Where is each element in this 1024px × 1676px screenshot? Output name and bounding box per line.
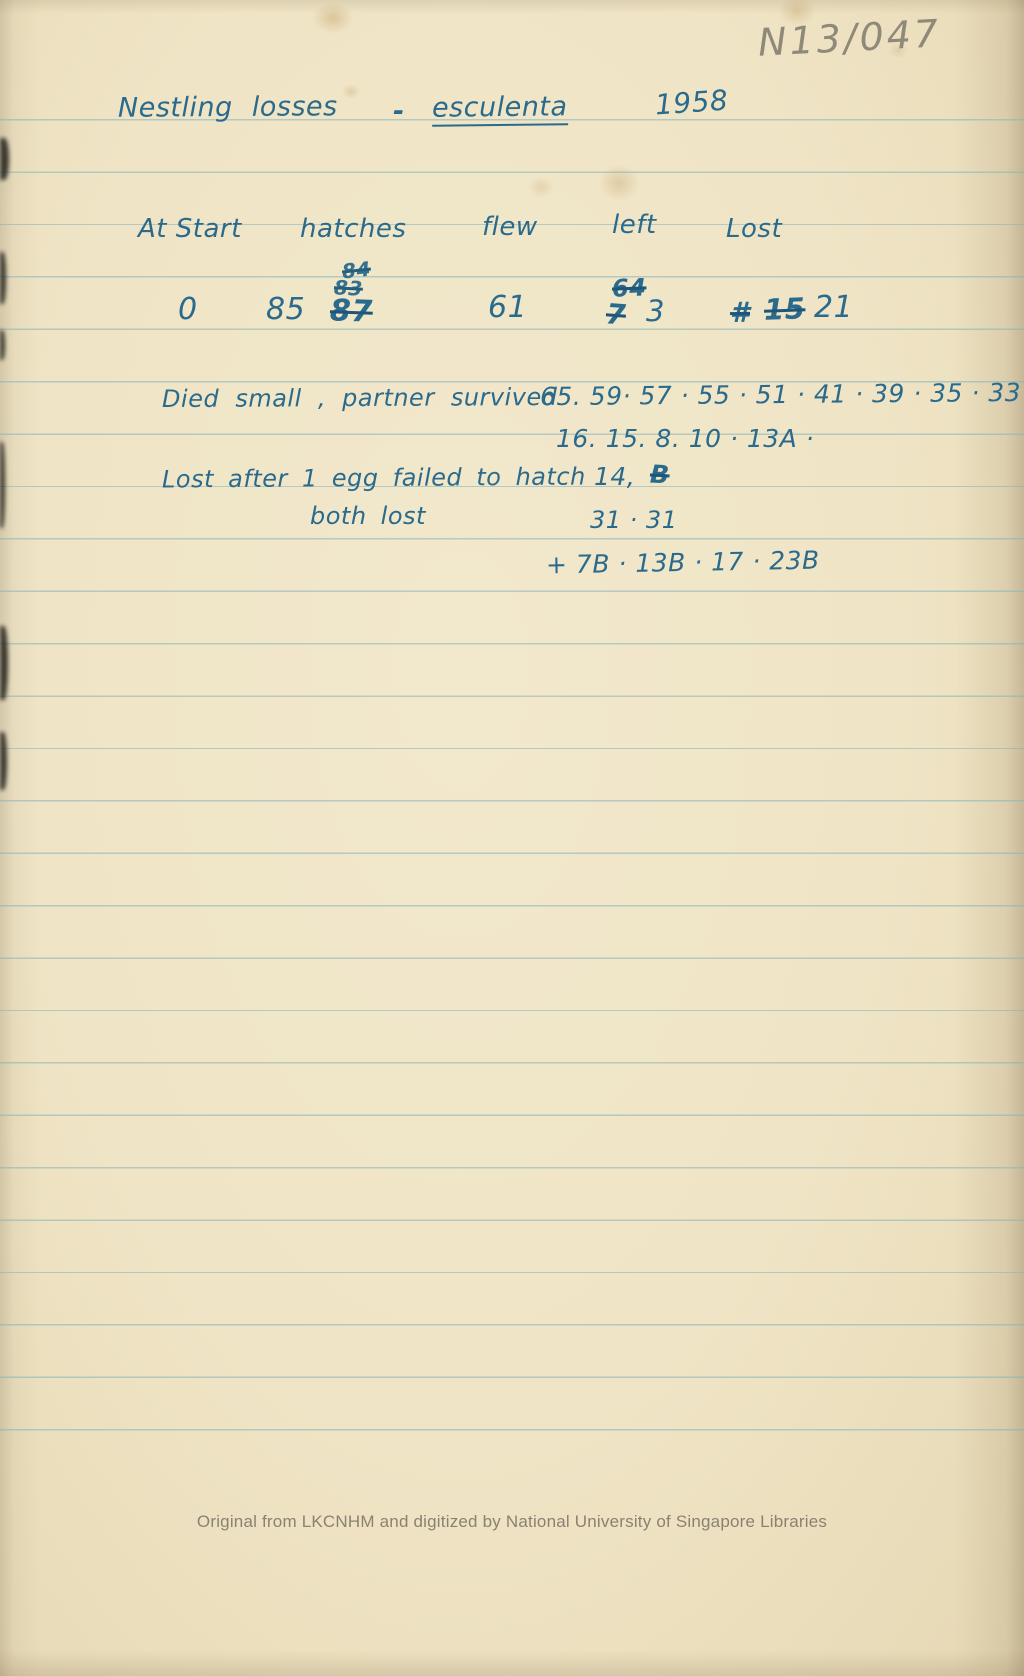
value-lost-struck-a: #: [730, 296, 751, 329]
species-name: esculenta: [432, 91, 568, 126]
note-lost-after-value: 14,: [594, 462, 635, 491]
column-header-at-start: At Start: [138, 214, 242, 244]
note-died-small-values-2: 16. 15. 8. 10 · 13A ·: [556, 424, 814, 453]
note-lost-after-label: Lost after 1 egg failed to hatch: [162, 463, 586, 494]
title-dash: -: [393, 96, 405, 127]
value-lost: 21: [814, 290, 853, 325]
paper-stain: [312, 2, 354, 34]
column-header-hatches: hatches: [300, 214, 406, 244]
binding-blot: [0, 732, 7, 790]
page-title: Nestling losses: [118, 91, 338, 124]
binding-blot: [0, 626, 8, 700]
footer-credit: Original from LKCNHM and digitized by Na…: [0, 1512, 1024, 1532]
value-lost-struck-b: 15: [763, 291, 806, 326]
note-both-lost-value: 31 · 31: [590, 506, 677, 534]
note-lost-after-struck: B: [649, 460, 670, 490]
note-died-small-values: 65. 59· 57 · 55 · 51 · 41 · 39 · 35 · 33…: [540, 378, 1024, 411]
paper-stain: [598, 164, 640, 202]
value-at-start: 0: [178, 292, 198, 327]
title-year: 1958: [654, 83, 729, 121]
binding-blot: [0, 442, 5, 528]
archive-reference: N13/047: [757, 11, 942, 65]
binding-blot: [0, 138, 9, 180]
binding-blot: [0, 252, 6, 304]
binding-blot: [0, 330, 5, 360]
paper-stain: [342, 84, 360, 99]
value-flew: 61: [488, 290, 527, 325]
value-left-struck: 7: [605, 297, 627, 331]
column-header-left: left: [612, 210, 657, 240]
note-died-small-label: Died small , partner survived: [162, 383, 558, 413]
paper-stain: [528, 176, 554, 198]
notebook-page: N13/047 Nestling losses - esculenta 1958…: [0, 0, 1024, 1676]
column-header-flew: flew: [482, 212, 538, 242]
value-hatches: 85: [266, 292, 305, 327]
column-header-lost: Lost: [726, 214, 782, 244]
note-both-lost-label: both lost: [310, 502, 426, 530]
value-hatches-struck: 87: [329, 293, 373, 329]
value-left: 3: [646, 294, 665, 328]
note-extra-value: + 7B · 13B · 17 · 23B: [546, 546, 820, 580]
